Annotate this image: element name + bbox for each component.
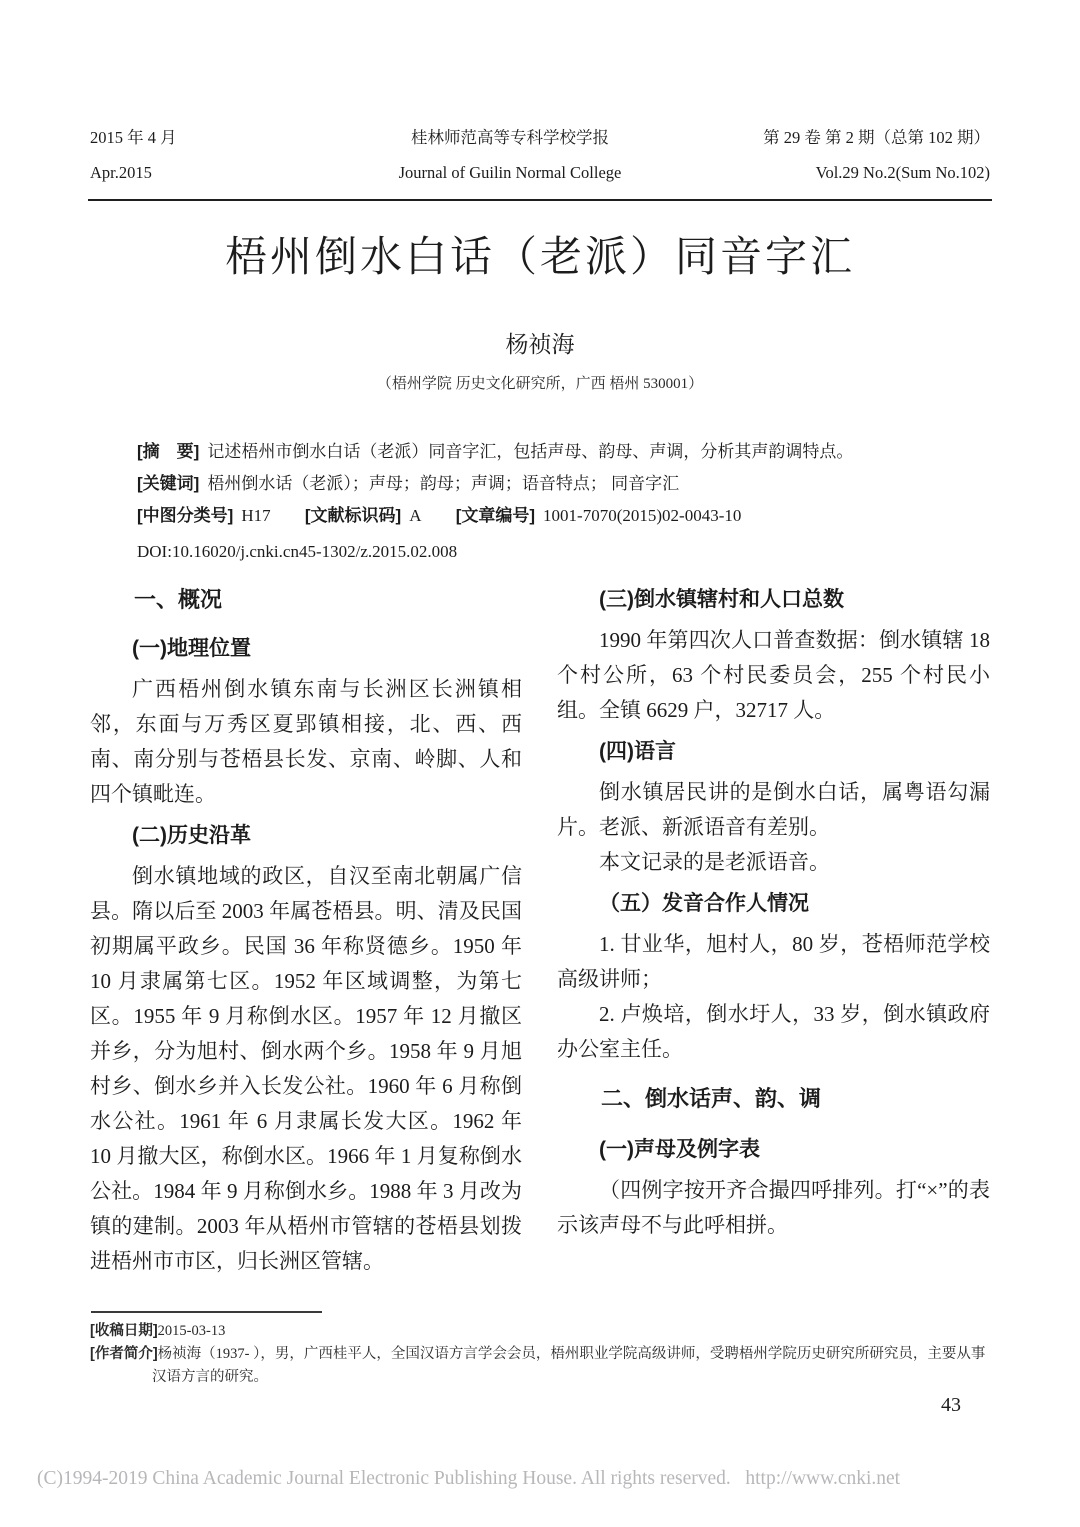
header-issue: 第 29 卷 第 2 期（总第 102 期） Vol.29 No.2(Sum N… — [710, 120, 990, 190]
subsection-heading-population: (三)倒水镇辖村和人口总数 — [557, 582, 990, 617]
subsection-heading-informants: （五）发音合作人情况 — [557, 886, 990, 921]
right-column: (三)倒水镇辖村和人口总数 1990 年第四次人口普查数据：倒水镇辖 18 个村… — [557, 576, 990, 1279]
keywords-line: [关键词]梧州倒水话（老派）；声母；韵母；声调；语音特点； 同音字汇 — [137, 468, 949, 500]
paragraph-initials-note: （四例字按开齐合撮四呼排列。打“×”的表示该声母不与此呼相拼。 — [557, 1173, 990, 1243]
paragraph-geography: 广西梧州倒水镇东南与长洲区长洲镇相邻，东面与万秀区夏郢镇相接，北、西、西南、南分… — [90, 672, 522, 812]
article-id-label: [文章编号] — [456, 506, 535, 525]
paragraph-informant-2: 2. 卢焕培，倒水圩人，33 岁，倒水镇政府办公室主任。 — [557, 997, 990, 1067]
copyright-notice: (C)1994-2019 China Academic Journal Elec… — [37, 1468, 900, 1490]
paragraph-language-1: 倒水镇居民讲的是倒水白话，属粤语勾漏片。老派、新派语音有差别。 — [557, 775, 990, 845]
section-heading-phonology: 二、倒水话声、韵、调 — [557, 1081, 990, 1116]
doc-code-label: [文献标识码] — [305, 506, 401, 525]
header-journal-cn: 桂林师范高等专科学校学报 — [310, 120, 710, 155]
subsection-heading-geography: (一)地理位置 — [90, 631, 522, 666]
clc-value: H17 — [241, 506, 270, 525]
paragraph-informant-1: 1. 甘业华，旭村人，80 岁，苍梧师范学校高级讲师； — [557, 927, 990, 997]
header-issue-cn: 第 29 卷 第 2 期（总第 102 期） — [710, 120, 990, 155]
footnote-divider — [91, 1311, 322, 1313]
paragraph-population: 1990 年第四次人口普查数据：倒水镇辖 18 个村公所，63 个村民委员会，2… — [557, 623, 990, 728]
received-date-value: 2015-03-13 — [158, 1323, 226, 1339]
article-body: 一、概况 (一)地理位置 广西梧州倒水镇东南与长洲区长洲镇相邻，东面与万秀区夏郢… — [90, 576, 990, 1279]
keywords-label: [关键词] — [137, 474, 199, 493]
subsection-heading-history: (二)历史沿革 — [90, 818, 522, 853]
abstract-line: [摘 要]记述梧州市倒水白话（老派）同音字汇，包括声母、韵母、声调，分析其声韵调… — [137, 436, 949, 468]
footnote-received: [收稿日期]2015-03-13 — [90, 1320, 992, 1343]
header-journal-name: 桂林师范高等专科学校学报 Journal of Guilin Normal Co… — [310, 120, 710, 190]
doc-code-group: [文献标识码]A — [305, 506, 422, 525]
page-number: 43 — [941, 1394, 961, 1417]
doi-line: DOI:10.16020/j.cnki.cn45-1302/z.2015.02.… — [137, 536, 949, 568]
left-column: 一、概况 (一)地理位置 广西梧州倒水镇东南与长洲区长洲镇相邻，东面与万秀区夏郢… — [90, 576, 522, 1279]
journal-header: 2015 年 4 月 Apr.2015 桂林师范高等专科学校学报 Journal… — [90, 120, 990, 190]
doc-code-value: A — [409, 506, 421, 525]
article-affiliation: （梧州学院 历史文化研究所，广西 梧州 530001） — [0, 372, 1080, 393]
classification-line: [中图分类号]H17 [文献标识码]A [文章编号]1001-7070(2015… — [137, 500, 949, 532]
subsection-heading-initials: (一)声母及例字表 — [557, 1132, 990, 1167]
footnote-author-bio: [作者简介]杨祯海（1937- ），男，广西桂平人，全国汉语方言学会会员，梧州职… — [90, 1343, 992, 1389]
header-date: 2015 年 4 月 Apr.2015 — [90, 120, 310, 190]
abstract-text: 记述梧州市倒水白话（老派）同音字汇，包括声母、韵母、声调，分析其声韵调特点。 — [207, 442, 853, 461]
author-bio-label: [作者简介] — [90, 1346, 158, 1362]
author-bio-text: 杨祯海（1937- ），男，广西桂平人，全国汉语方言学会会员，梧州职业学院高级讲… — [152, 1346, 985, 1385]
header-date-en: Apr.2015 — [90, 155, 310, 190]
meta-block: [摘 要]记述梧州市倒水白话（老派）同音字汇，包括声母、韵母、声调，分析其声韵调… — [137, 436, 949, 568]
article-id-group: [文章编号]1001-7070(2015)02-0043-10 — [456, 506, 742, 525]
header-journal-en: Journal of Guilin Normal College — [310, 155, 710, 190]
abstract-label: [摘 要] — [137, 442, 199, 461]
clc-label: [中图分类号] — [137, 506, 233, 525]
header-divider — [88, 199, 992, 201]
article-author: 杨祯海 — [0, 326, 1080, 359]
header-date-cn: 2015 年 4 月 — [90, 120, 310, 155]
footnotes: [收稿日期]2015-03-13 [作者简介]杨祯海（1937- ），男，广西桂… — [90, 1320, 992, 1389]
received-date-label: [收稿日期] — [90, 1323, 158, 1339]
clc-group: [中图分类号]H17 — [137, 506, 271, 525]
paragraph-language-2: 本文记录的是老派语音。 — [557, 845, 990, 880]
article-id-value: 1001-7070(2015)02-0043-10 — [543, 506, 741, 525]
subsection-heading-language: (四)语言 — [557, 734, 990, 769]
paragraph-history: 倒水镇地域的政区，自汉至南北朝属广信县。隋以后至 2003 年属苍梧县。明、清及… — [90, 859, 522, 1279]
section-heading-overview: 一、概况 — [90, 582, 522, 617]
article-title: 梧州倒水白话（老派）同音字汇 — [0, 224, 1080, 284]
keywords-text: 梧州倒水话（老派）；声母；韵母；声调；语音特点； 同音字汇 — [207, 474, 679, 493]
journal-page: 2015 年 4 月 Apr.2015 桂林师范高等专科学校学报 Journal… — [0, 0, 1080, 1527]
header-issue-en: Vol.29 No.2(Sum No.102) — [710, 155, 990, 190]
